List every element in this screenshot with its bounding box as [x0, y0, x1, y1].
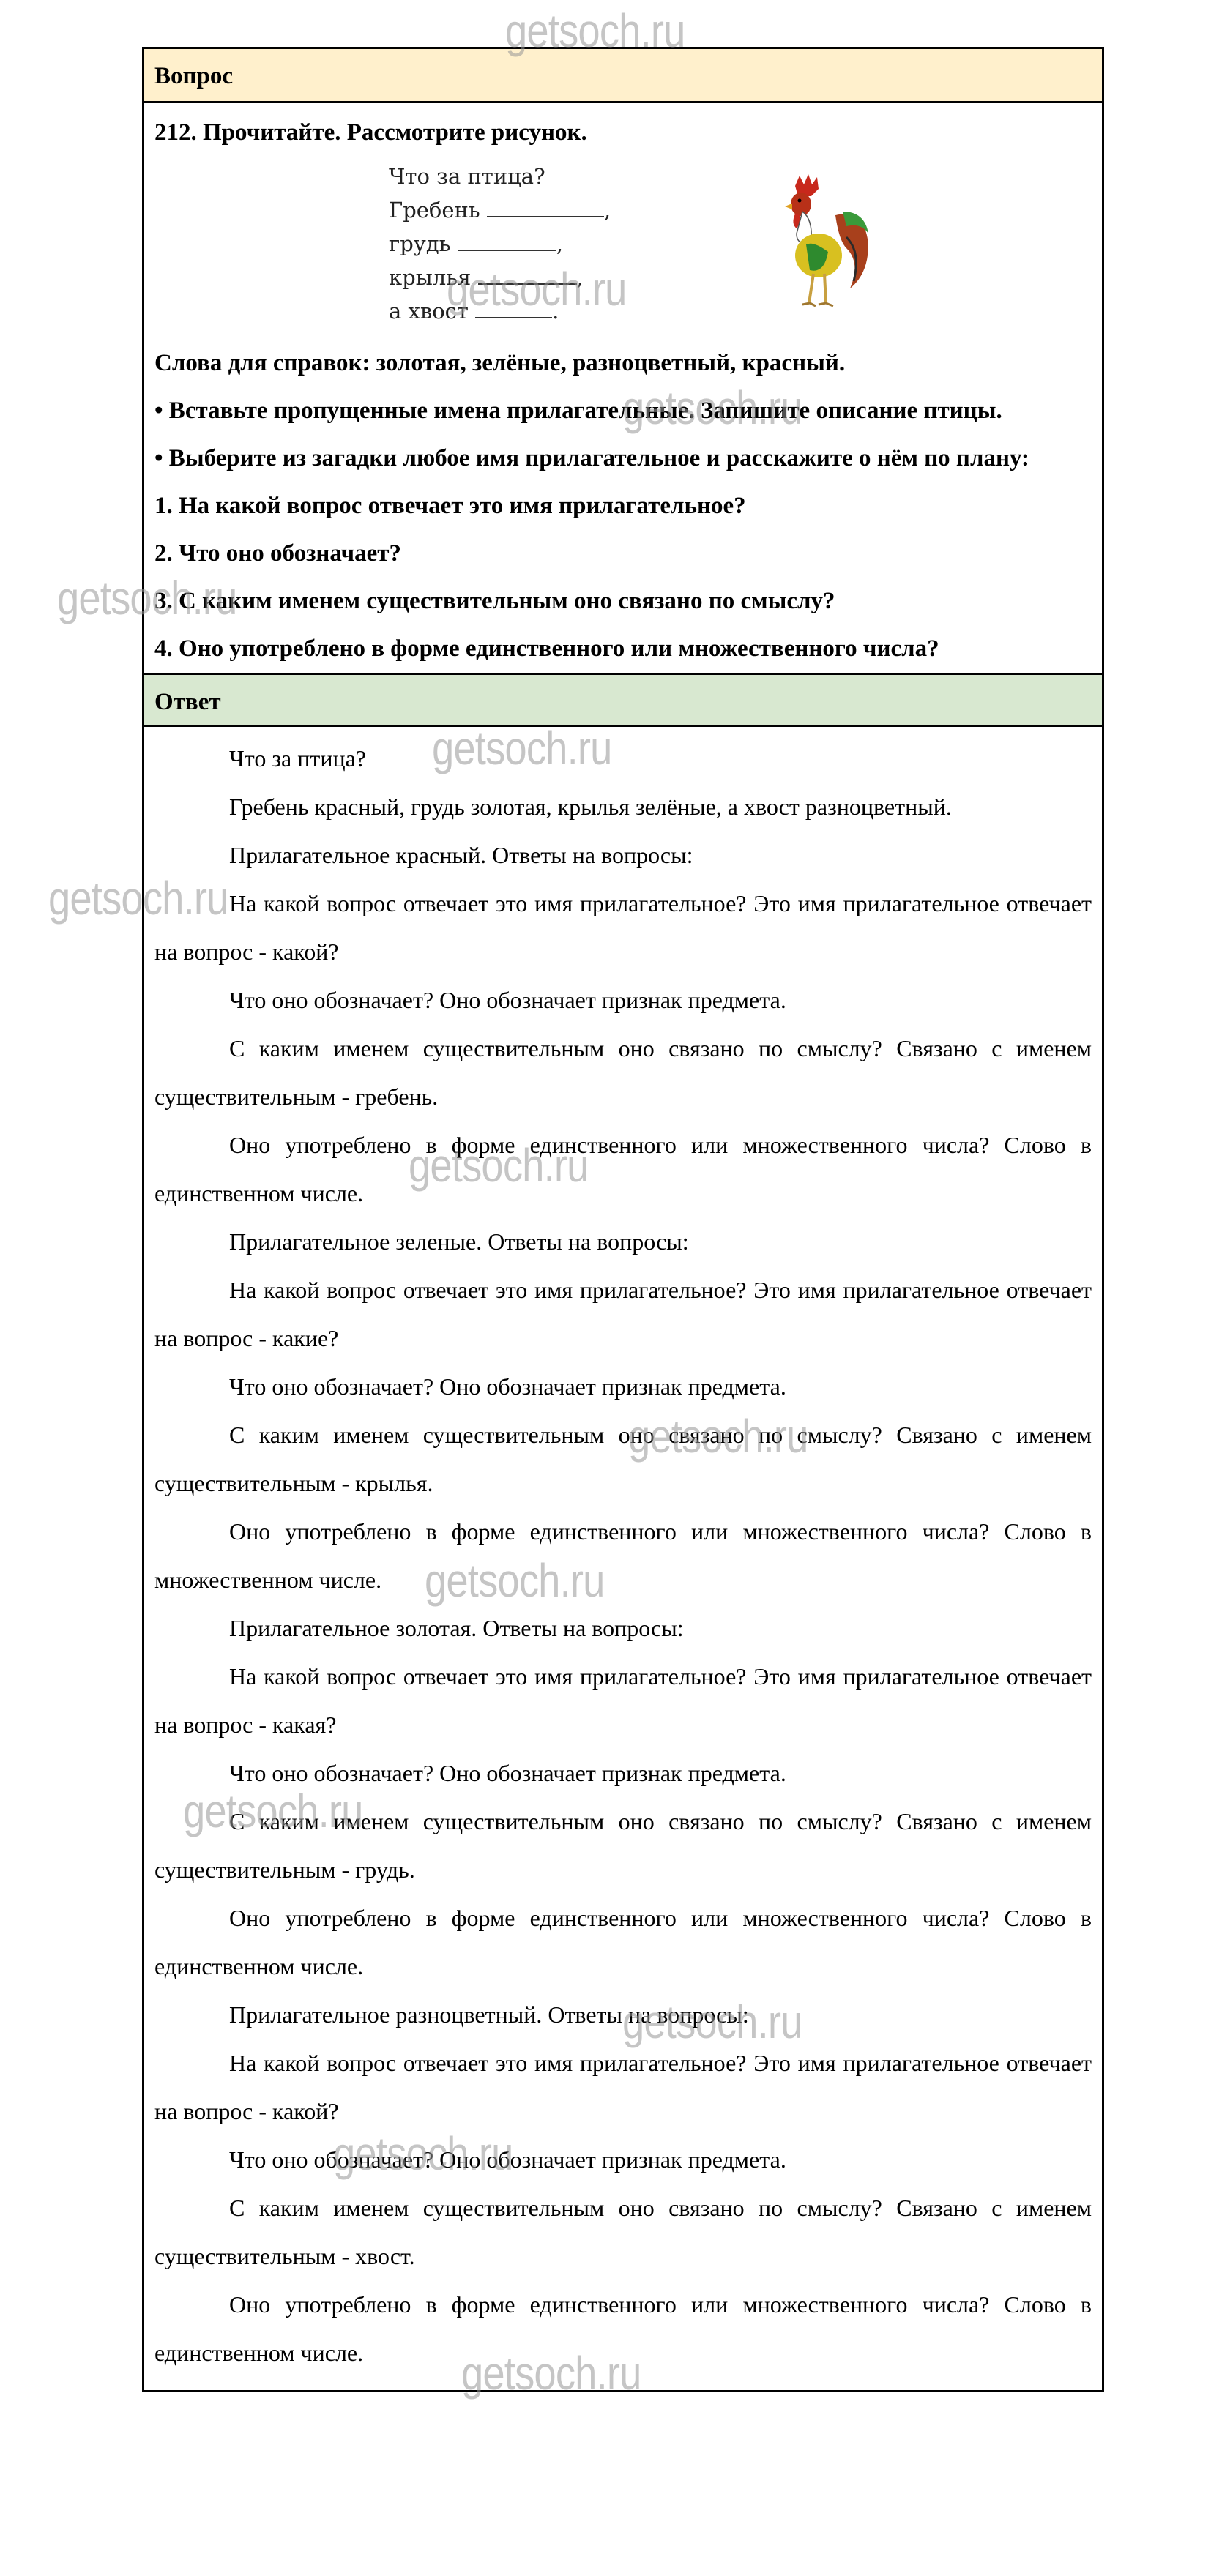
riddle-text: Что за птица?Гребень ,грудь ,крылья ,а х… — [389, 160, 611, 328]
answer-paragraph: На какой вопрос отвечает это имя прилага… — [154, 1266, 1092, 1362]
riddle-line: Гребень , — [389, 193, 611, 227]
question-line: Слова для справок: золотая, зелёные, раз… — [154, 340, 1092, 387]
qa-table: Вопрос 212. Прочитайте. Рассмотрите рису… — [142, 47, 1104, 2392]
blank-line — [478, 266, 577, 285]
riddle-line: Что за птица? — [389, 160, 611, 193]
question-body: 212. Прочитайте. Рассмотрите рисунок. Чт… — [144, 109, 1102, 673]
answer-paragraph: Что оно обозначает? Оно обозначает призн… — [154, 2135, 1092, 2184]
rooster-image — [773, 171, 876, 318]
answer-paragraph: С каким именем существительным оно связа… — [154, 1024, 1092, 1121]
answer-paragraph: Что оно обозначает? Оно обозначает призн… — [154, 976, 1092, 1024]
question-line: • Выберите из загадки любое имя прилагат… — [154, 435, 1092, 482]
answer-paragraph: Прилагательное красный. Ответы на вопрос… — [154, 831, 1092, 879]
answer-header: Ответ — [144, 673, 1102, 727]
answer-paragraph: Прилагательное разноцветный. Ответы на в… — [154, 1990, 1092, 2039]
riddle-line: грудь , — [389, 227, 611, 261]
answer-paragraph: Что за птица? — [154, 734, 1092, 783]
answer-paragraph: Что оно обозначает? Оно обозначает призн… — [154, 1749, 1092, 1797]
answer-paragraph: С каким именем существительным оно связа… — [154, 2184, 1092, 2280]
riddle-punctuation: , — [577, 265, 584, 290]
answer-paragraph: Гребень красный, грудь золотая, крылья з… — [154, 783, 1092, 831]
answer-paragraph: Оно употреблено в форме единственного ил… — [154, 2280, 1092, 2377]
blank-line — [475, 299, 552, 318]
riddle-word: а хвост — [389, 299, 469, 324]
answer-paragraph: С каким именем существительным оно связа… — [154, 1797, 1092, 1894]
blank-line — [458, 232, 556, 251]
answer-paragraph: С каким именем существительным оно связа… — [154, 1411, 1092, 1507]
riddle-line: крылья , — [389, 261, 611, 294]
question-line: 3. С каким именем существительным оно св… — [154, 578, 1092, 625]
question-header: Вопрос — [144, 49, 1102, 103]
question-title: 212. Прочитайте. Рассмотрите рисунок. — [154, 109, 1092, 157]
blank-line — [487, 198, 604, 217]
question-lines: Слова для справок: золотая, зелёные, раз… — [154, 340, 1092, 673]
answer-paragraph: Оно употреблено в форме единственного ил… — [154, 1507, 1092, 1604]
riddle-punctuation: . — [552, 299, 559, 324]
answer-paragraph: Что оно обозначает? Оно обозначает призн… — [154, 1362, 1092, 1411]
answer-paragraph: На какой вопрос отвечает это имя прилага… — [154, 2039, 1092, 2135]
riddle-word: Гребень — [389, 198, 480, 223]
riddle-line: а хвост . — [389, 294, 611, 328]
answer-body: Что за птица?Гребень красный, грудь золо… — [144, 727, 1102, 2390]
riddle-word: Что за птица? — [389, 164, 545, 189]
question-line: 1. На какой вопрос отвечает это имя прил… — [154, 482, 1092, 530]
riddle-word: грудь — [389, 231, 450, 256]
answer-paragraph: Оно употреблено в форме единственного ил… — [154, 1894, 1092, 1990]
question-line: • Вставьте пропущенные имена прилагатель… — [154, 387, 1092, 435]
riddle-word: крылья — [389, 265, 471, 290]
riddle-punctuation: , — [604, 198, 611, 223]
riddle-picture: Что за птица?Гребень ,грудь ,крылья ,а х… — [374, 157, 887, 340]
answer-paragraph: Прилагательное золотая. Ответы на вопрос… — [154, 1604, 1092, 1652]
riddle-punctuation: , — [556, 231, 563, 256]
answer-paragraph: На какой вопрос отвечает это имя прилага… — [154, 879, 1092, 976]
answer-paragraph: Оно употреблено в форме единственного ил… — [154, 1121, 1092, 1217]
question-line: 2. Что оно обозначает? — [154, 530, 1092, 578]
question-line: 4. Оно употреблено в форме единственного… — [154, 625, 1092, 673]
answer-paragraph: Прилагательное зеленые. Ответы на вопрос… — [154, 1217, 1092, 1266]
answer-paragraph: На какой вопрос отвечает это имя прилага… — [154, 1652, 1092, 1749]
